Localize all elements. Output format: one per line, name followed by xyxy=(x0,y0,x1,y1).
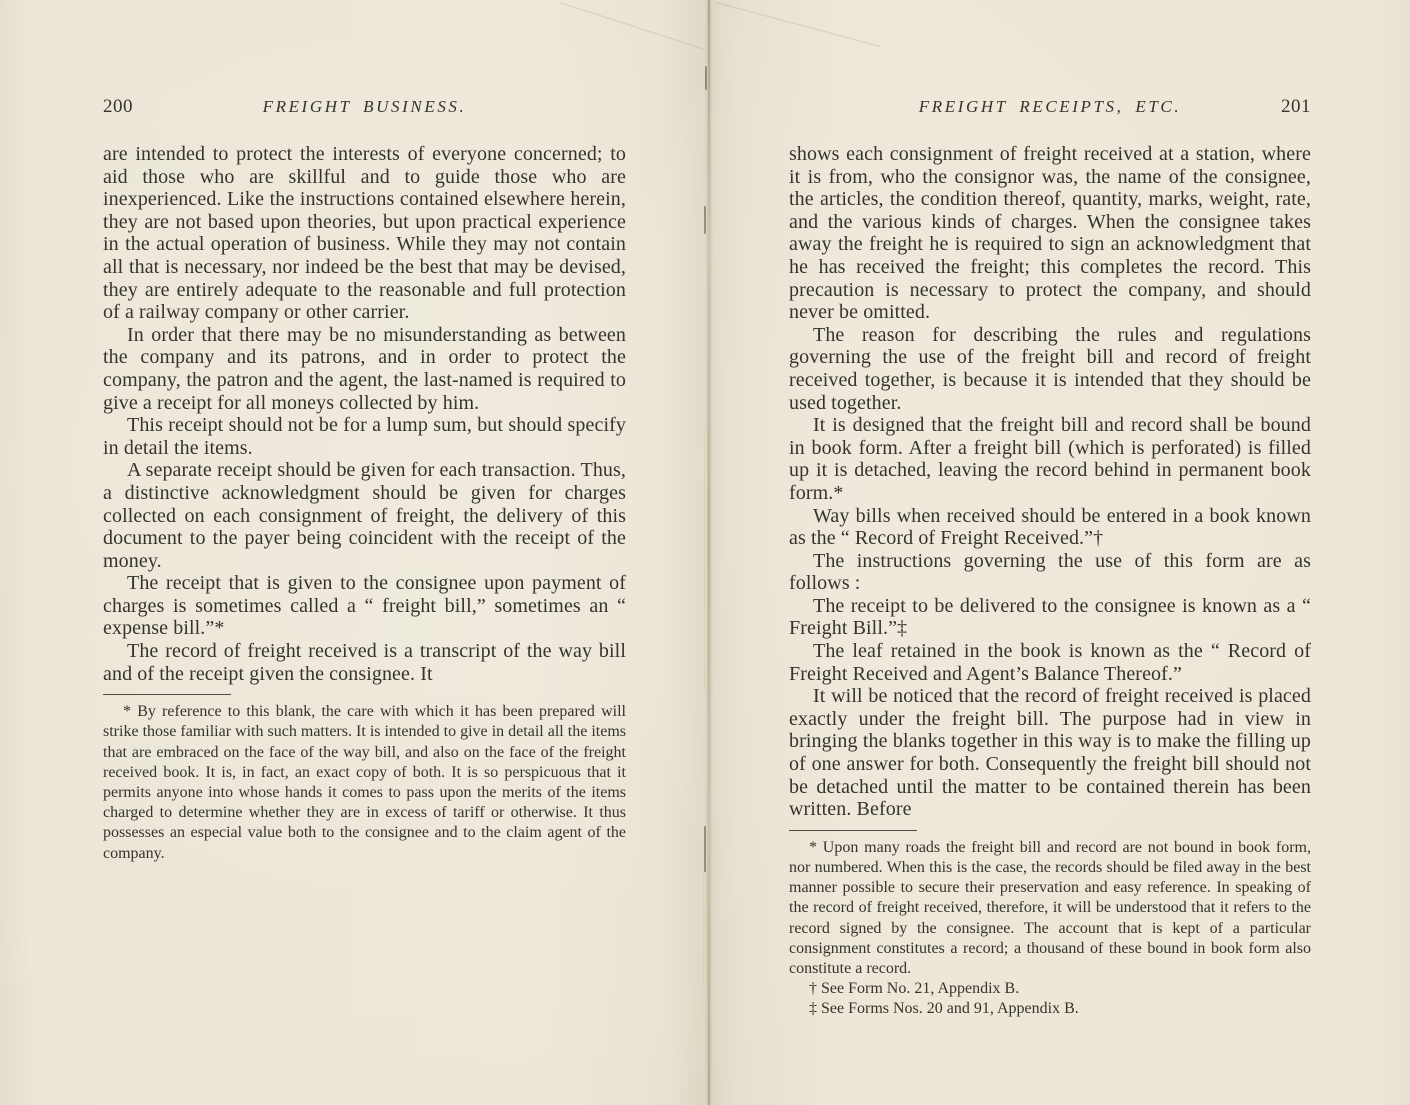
body-paragraph: The receipt to be delivered to the consi… xyxy=(789,595,1311,640)
binding-thread xyxy=(705,432,707,688)
body-paragraph: In order that there may be no misunderst… xyxy=(103,324,626,414)
left-page-body: are intended to protect the interests of… xyxy=(103,143,626,685)
binding-gutter-crease xyxy=(708,0,710,1105)
page-corner-fold-crease xyxy=(560,2,703,49)
footnote: ‡ See Forms Nos. 20 and 91, Appendix B. xyxy=(789,999,1311,1019)
left-footnotes: * By reference to this blank, the care w… xyxy=(103,702,626,864)
right-page-header: FREIGHT RECEIPTS, ETC. 201 xyxy=(789,96,1311,120)
body-paragraph: The instructions governing the use of th… xyxy=(789,550,1311,595)
binding-stitch-mark xyxy=(704,206,706,234)
binding-stitch-mark xyxy=(704,826,706,872)
body-paragraph: The receipt that is given to the consign… xyxy=(103,572,626,640)
right-footnotes: * Upon many roads the freight bill and r… xyxy=(789,838,1311,1020)
running-title-left: FREIGHT BUSINESS. xyxy=(103,96,626,118)
left-page-header: 200 FREIGHT BUSINESS. xyxy=(103,96,626,120)
body-paragraph: It will be noticed that the record of fr… xyxy=(789,685,1311,821)
binding-stitch-mark xyxy=(705,66,707,90)
footnote-separator-rule xyxy=(103,694,231,695)
right-page: FREIGHT RECEIPTS, ETC. 201 shows each co… xyxy=(789,96,1311,1020)
left-page: 200 FREIGHT BUSINESS. are intended to pr… xyxy=(103,96,626,864)
footnote: † See Form No. 21, Appendix B. xyxy=(789,979,1311,999)
footnote: * Upon many roads the freight bill and r… xyxy=(789,838,1311,979)
body-paragraph: Way bills when received should be entere… xyxy=(789,505,1311,550)
binding-thread xyxy=(704,872,706,988)
right-footnote-block: * Upon many roads the freight bill and r… xyxy=(789,830,1311,1020)
body-paragraph: The reason for describing the rules and … xyxy=(789,324,1311,414)
running-title-right: FREIGHT RECEIPTS, ETC. xyxy=(789,96,1311,118)
page-number-right: 201 xyxy=(1281,96,1311,118)
footnote-separator-rule xyxy=(789,830,917,831)
body-paragraph: The leaf retained in the book is known a… xyxy=(789,640,1311,685)
body-paragraph: shows each consignment of freight receiv… xyxy=(789,143,1311,324)
body-paragraph: A separate receipt should be given for e… xyxy=(103,459,626,572)
left-footnote-block: * By reference to this blank, the care w… xyxy=(103,694,626,864)
page-number-left: 200 xyxy=(103,96,133,118)
book-scan-spread: { "paper": { "paper_color": "#ede7d8", "… xyxy=(0,0,1410,1105)
body-paragraph: are intended to protect the interests of… xyxy=(103,143,626,324)
right-page-body: shows each consignment of freight receiv… xyxy=(789,143,1311,821)
body-paragraph: It is designed that the freight bill and… xyxy=(789,414,1311,504)
page-corner-fold-crease xyxy=(716,2,880,47)
body-paragraph: The record of freight received is a tran… xyxy=(103,640,626,685)
body-paragraph: This receipt should not be for a lump su… xyxy=(103,414,626,459)
footnote: * By reference to this blank, the care w… xyxy=(103,702,626,864)
